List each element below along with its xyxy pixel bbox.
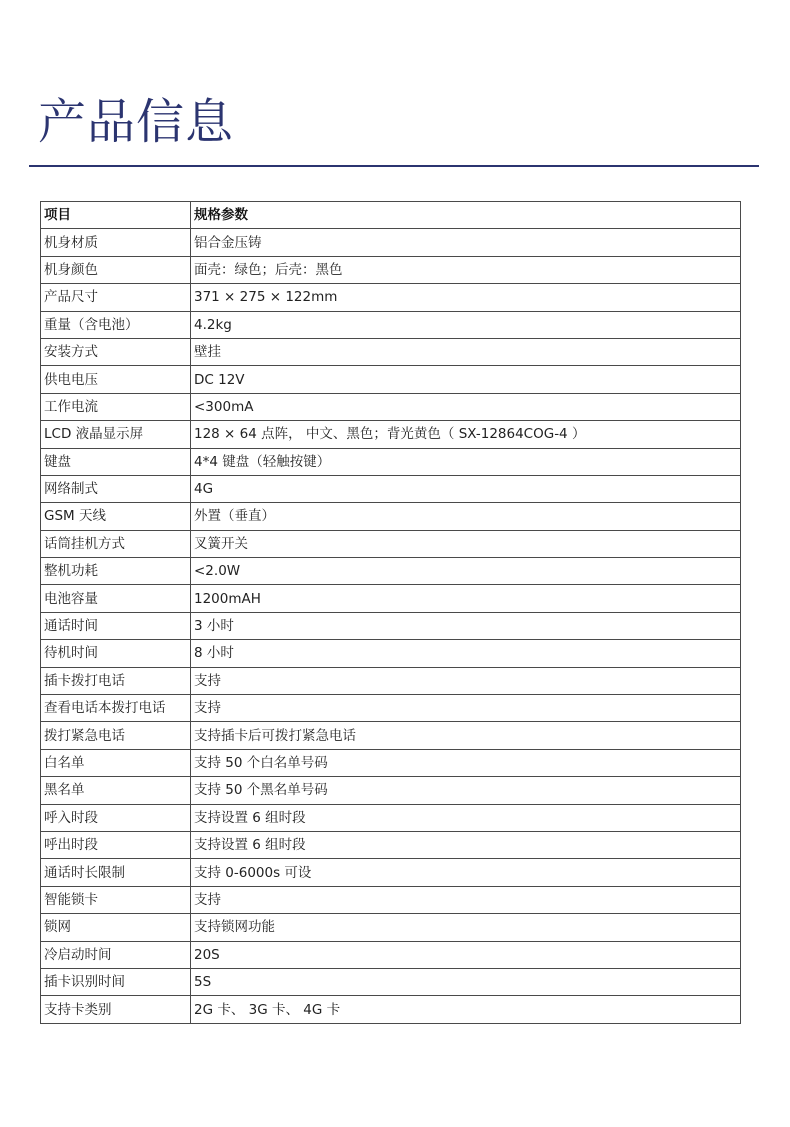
spec-item-label: 供电电压 bbox=[41, 366, 191, 393]
table-row: 呼入时段支持设置 6 组时段 bbox=[41, 804, 741, 831]
spec-item-value: 2G 卡、 3G 卡、 4G 卡 bbox=[191, 996, 741, 1023]
spec-item-label: 呼入时段 bbox=[41, 804, 191, 831]
table-row: 键盘4*4 键盘（轻触按键） bbox=[41, 448, 741, 475]
spec-item-label: 插卡识别时间 bbox=[41, 968, 191, 995]
spec-item-value: 3 小时 bbox=[191, 612, 741, 639]
table-row: 产品尺寸371 × 275 × 122mm bbox=[41, 284, 741, 311]
spec-item-value: 支持 0-6000s 可设 bbox=[191, 859, 741, 886]
spec-item-value: 4*4 键盘（轻触按键） bbox=[191, 448, 741, 475]
spec-item-label: 话筒挂机方式 bbox=[41, 530, 191, 557]
spec-item-label: LCD 液晶显示屏 bbox=[41, 421, 191, 448]
spec-item-value: 1200mAH bbox=[191, 585, 741, 612]
table-row: 重量（含电池）4.2kg bbox=[41, 311, 741, 338]
table-row: LCD 液晶显示屏128 × 64 点阵， 中文、黑色；背光黄色（ SX-128… bbox=[41, 421, 741, 448]
column-header-item: 项目 bbox=[41, 202, 191, 229]
spec-item-label: 重量（含电池） bbox=[41, 311, 191, 338]
spec-item-value: 支持设置 6 组时段 bbox=[191, 831, 741, 858]
table-row: 黑名单支持 50 个黑名单号码 bbox=[41, 777, 741, 804]
spec-item-label: 插卡拨打电话 bbox=[41, 667, 191, 694]
spec-item-label: 拨打紧急电话 bbox=[41, 722, 191, 749]
spec-item-value: 371 × 275 × 122mm bbox=[191, 284, 741, 311]
spec-item-label: 键盘 bbox=[41, 448, 191, 475]
spec-item-value: 支持 bbox=[191, 695, 741, 722]
spec-item-value: 支持 50 个白名单号码 bbox=[191, 749, 741, 776]
spec-item-label: 待机时间 bbox=[41, 640, 191, 667]
spec-item-label: 网络制式 bbox=[41, 475, 191, 502]
table-row: 机身颜色面壳：绿色；后壳：黑色 bbox=[41, 256, 741, 283]
table-row: 通话时间3 小时 bbox=[41, 612, 741, 639]
table-row: 网络制式4G bbox=[41, 475, 741, 502]
table-row: 查看电话本拨打电话支持 bbox=[41, 695, 741, 722]
spec-item-value: 支持设置 6 组时段 bbox=[191, 804, 741, 831]
spec-item-value: 外置（垂直） bbox=[191, 503, 741, 530]
spec-table-body: 机身材质铝合金压铸机身颜色面壳：绿色；后壳：黑色产品尺寸371 × 275 × … bbox=[41, 229, 741, 1023]
table-row: 呼出时段支持设置 6 组时段 bbox=[41, 831, 741, 858]
table-header-row: 项目 规格参数 bbox=[41, 202, 741, 229]
spec-item-label: 锁网 bbox=[41, 914, 191, 941]
spec-table: 项目 规格参数 机身材质铝合金压铸机身颜色面壳：绿色；后壳：黑色产品尺寸371 … bbox=[40, 201, 741, 1024]
spec-item-value: 支持锁网功能 bbox=[191, 914, 741, 941]
spec-item-value: DC 12V bbox=[191, 366, 741, 393]
table-row: 机身材质铝合金压铸 bbox=[41, 229, 741, 256]
spec-item-label: 黑名单 bbox=[41, 777, 191, 804]
spec-item-label: 通话时间 bbox=[41, 612, 191, 639]
table-row: 智能锁卡支持 bbox=[41, 886, 741, 913]
spec-item-label: 查看电话本拨打电话 bbox=[41, 695, 191, 722]
table-row: 冷启动时间20S bbox=[41, 941, 741, 968]
spec-item-label: 电池容量 bbox=[41, 585, 191, 612]
spec-item-value: 支持 bbox=[191, 886, 741, 913]
spec-item-value: <2.0W bbox=[191, 558, 741, 585]
title-divider bbox=[29, 165, 759, 167]
table-row: GSM 天线外置（垂直） bbox=[41, 503, 741, 530]
spec-item-value: 128 × 64 点阵， 中文、黑色；背光黄色（ SX-12864COG-4 ） bbox=[191, 421, 741, 448]
spec-item-label: 通话时长限制 bbox=[41, 859, 191, 886]
table-row: 白名单支持 50 个白名单号码 bbox=[41, 749, 741, 776]
table-row: 通话时长限制支持 0-6000s 可设 bbox=[41, 859, 741, 886]
spec-item-value: 20S bbox=[191, 941, 741, 968]
spec-item-label: 机身颜色 bbox=[41, 256, 191, 283]
spec-item-value: 4.2kg bbox=[191, 311, 741, 338]
spec-item-value: 支持插卡后可拨打紧急电话 bbox=[191, 722, 741, 749]
spec-item-value: 壁挂 bbox=[191, 338, 741, 365]
spec-item-value: 8 小时 bbox=[191, 640, 741, 667]
spec-item-value: 支持 50 个黑名单号码 bbox=[191, 777, 741, 804]
spec-item-value: <300mA bbox=[191, 393, 741, 420]
spec-item-value: 面壳：绿色；后壳：黑色 bbox=[191, 256, 741, 283]
table-row: 安装方式壁挂 bbox=[41, 338, 741, 365]
table-row: 工作电流<300mA bbox=[41, 393, 741, 420]
spec-item-value: 铝合金压铸 bbox=[191, 229, 741, 256]
column-header-value: 规格参数 bbox=[191, 202, 741, 229]
spec-item-label: 支持卡类别 bbox=[41, 996, 191, 1023]
spec-item-label: 产品尺寸 bbox=[41, 284, 191, 311]
spec-item-value: 支持 bbox=[191, 667, 741, 694]
table-row: 锁网支持锁网功能 bbox=[41, 914, 741, 941]
table-row: 待机时间8 小时 bbox=[41, 640, 741, 667]
spec-item-label: 机身材质 bbox=[41, 229, 191, 256]
page-title: 产品信息 bbox=[38, 90, 234, 154]
table-row: 供电电压DC 12V bbox=[41, 366, 741, 393]
spec-item-label: 呼出时段 bbox=[41, 831, 191, 858]
spec-item-label: 整机功耗 bbox=[41, 558, 191, 585]
table-row: 支持卡类别2G 卡、 3G 卡、 4G 卡 bbox=[41, 996, 741, 1023]
spec-item-label: 智能锁卡 bbox=[41, 886, 191, 913]
table-row: 插卡拨打电话支持 bbox=[41, 667, 741, 694]
spec-item-value: 叉簧开关 bbox=[191, 530, 741, 557]
table-row: 话筒挂机方式叉簧开关 bbox=[41, 530, 741, 557]
spec-item-label: 安装方式 bbox=[41, 338, 191, 365]
spec-item-value: 5S bbox=[191, 968, 741, 995]
spec-item-label: 工作电流 bbox=[41, 393, 191, 420]
table-row: 电池容量1200mAH bbox=[41, 585, 741, 612]
spec-item-value: 4G bbox=[191, 475, 741, 502]
spec-item-label: 白名单 bbox=[41, 749, 191, 776]
table-row: 插卡识别时间5S bbox=[41, 968, 741, 995]
spec-item-label: GSM 天线 bbox=[41, 503, 191, 530]
spec-item-label: 冷启动时间 bbox=[41, 941, 191, 968]
table-row: 拨打紧急电话支持插卡后可拨打紧急电话 bbox=[41, 722, 741, 749]
table-row: 整机功耗<2.0W bbox=[41, 558, 741, 585]
